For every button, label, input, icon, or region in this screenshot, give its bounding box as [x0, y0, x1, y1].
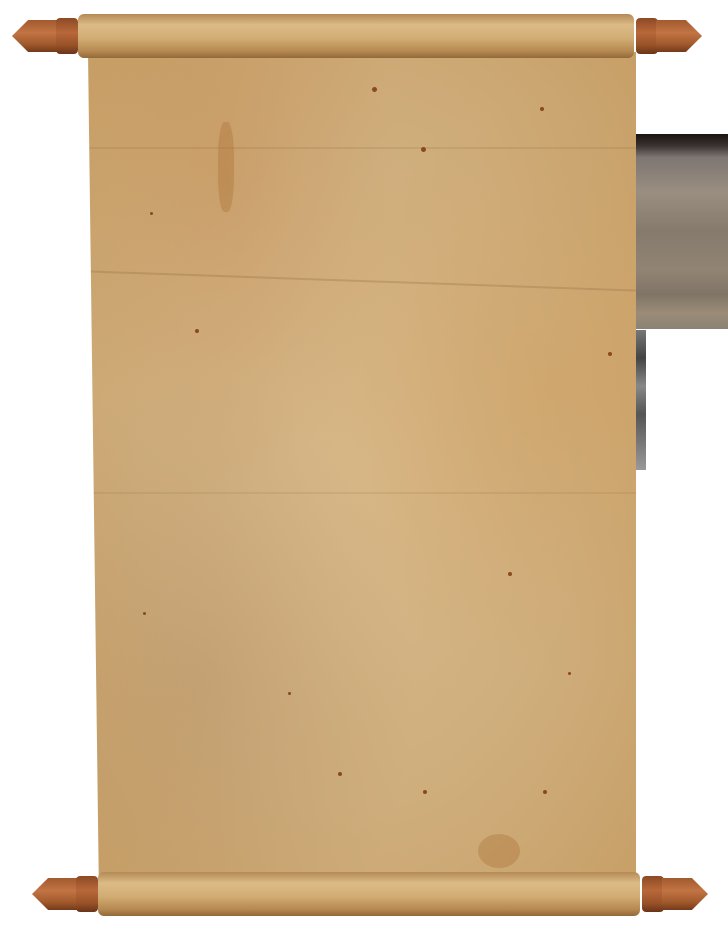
spot: [150, 212, 153, 215]
spot: [543, 790, 547, 794]
spot: [608, 352, 612, 356]
top-left-knob-icon: [12, 16, 82, 56]
parchment-sheet: [88, 52, 636, 894]
bottom-right-knob-icon: [638, 874, 708, 914]
spot: [508, 572, 512, 576]
stain: [478, 834, 520, 868]
spot: [338, 772, 342, 776]
bottom-roller: [98, 872, 640, 916]
spot: [568, 672, 571, 675]
crease: [88, 147, 636, 149]
spot: [195, 329, 199, 333]
spot: [421, 147, 426, 152]
spot: [423, 790, 427, 794]
stain: [218, 122, 234, 212]
top-roller: [78, 14, 634, 58]
top-right-knob-icon: [632, 16, 702, 56]
bottom-left-knob-icon: [32, 874, 102, 914]
crease: [88, 492, 636, 494]
spot: [540, 107, 544, 111]
spot: [143, 612, 146, 615]
crease: [88, 270, 636, 291]
artifact-strip: [636, 134, 728, 329]
spot: [372, 87, 377, 92]
artifact-strip-lower: [636, 330, 646, 470]
spot: [288, 692, 291, 695]
